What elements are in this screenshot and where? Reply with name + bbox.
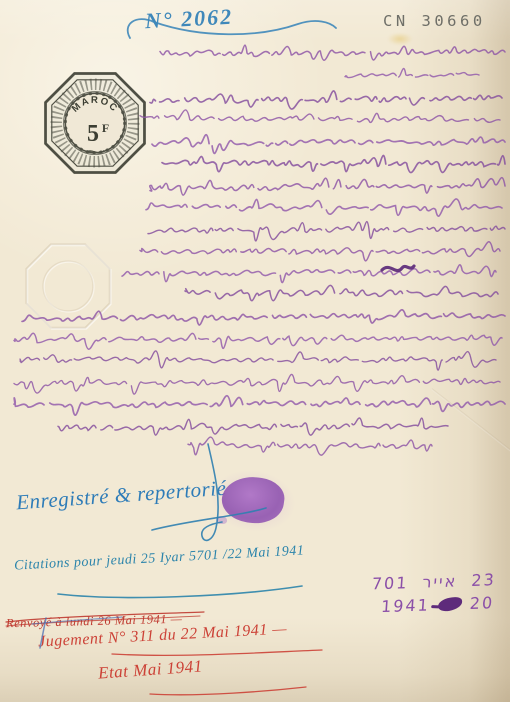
age-stain [388,33,412,45]
hebrew-date-line2-year: 1941 [380,593,430,618]
stamp-denomination-text: 5 [87,121,99,147]
handwritten-line [150,91,502,109]
scanned-document-page: MAROC 5 F N° 2062 CN 30660 Enregistré & … [0,0,510,702]
catalog-number-stamp: CN 30660 [383,12,486,30]
stamp-country-text: MAROC [70,95,120,115]
citations-underline [58,586,302,597]
etat-underline [150,687,306,695]
embossed-seal-watermark [20,238,116,334]
handwritten-line [160,45,505,60]
handwritten-line [140,110,500,123]
handwritten-line [185,285,498,300]
handwritten-line [162,156,505,173]
handwritten-line [345,68,479,77]
etat-note: Etat Mai 1941 [97,656,203,683]
jugement-underline [112,650,322,655]
handwritten-line [122,265,496,283]
stamp-currency-text: F [102,121,109,135]
paper-crease [431,388,510,470]
handwritten-line [22,310,505,325]
small-ink-blot [437,596,462,613]
handwritten-line [14,396,505,415]
ink-blot-tail [216,516,227,524]
handwritten-line [188,437,432,455]
manuscript-handwriting-block [0,0,510,470]
handwritten-line [58,418,448,435]
handwritten-line [14,374,500,394]
registered-note: Enregistré & repertorié [15,476,227,516]
hebrew-date-line-2: 20 1941 [328,591,495,620]
handwritten-line [152,135,505,154]
handwritten-line [20,351,496,370]
handwritten-line [146,199,502,216]
handwritten-line [148,222,505,241]
document-number: N° 2062 [144,4,233,35]
handwritten-line [140,242,500,261]
citations-note: Citations pour jeudi 25 Iyar 5701 /22 Ma… [14,543,305,574]
hebrew-date-line2-day: 20 [469,591,495,615]
handwritten-line [14,333,502,349]
dark-overwrite-scribble [382,266,414,271]
revenue-stamp: MAROC 5 F [38,66,152,180]
handwritten-line [150,178,505,196]
hebrew-date-note: 23 אייר 701 20 1941 [328,568,496,620]
